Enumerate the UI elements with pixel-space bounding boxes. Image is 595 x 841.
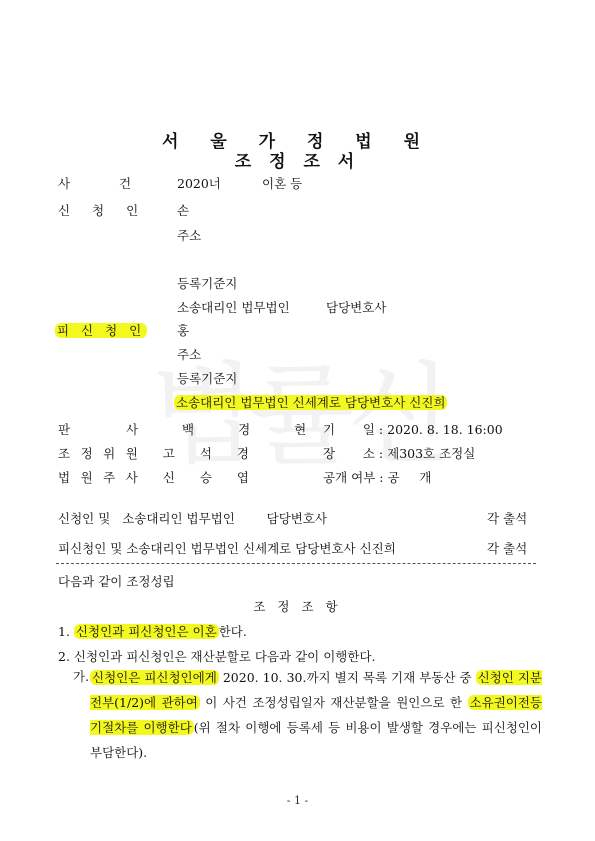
applicant-registry-label: 등록기준지 <box>177 276 237 292</box>
official-name-judge: 사 백 경 현 <box>126 422 326 438</box>
respondent-label: 피 신 청 인 <box>55 323 147 339</box>
applicant-address-label: 주소 <box>177 228 201 244</box>
respondent-address-label: 주소 <box>177 347 201 363</box>
session-place: 장 소 : 제303호 조정실 <box>323 446 475 462</box>
attendance-respondent: 피신청인 및 소송대리인 법무법인 신세계로 담당변호사 신진희 <box>58 541 396 557</box>
respondent-registry-label: 등록기준지 <box>177 371 237 387</box>
official-mediator: 조정위원 고 석 경 <box>58 446 259 462</box>
term-2a-text: 신청인은 피신청인에게 2020. 10. 30.까지 별지 목록 기재 부동산… <box>90 665 542 765</box>
watermark: 법률신 <box>150 345 480 485</box>
session-public: 공개 여부 : 공 개 <box>323 470 431 486</box>
document-page: 법률신 서 울 가 정 법 원 조 정 조 서 사 건 2020너 이혼 등 신… <box>0 0 595 841</box>
attendance-respondent-status: 각 출석 <box>487 541 527 557</box>
official-role-judge: 판 <box>58 422 70 438</box>
page-number: - 1 - <box>0 794 595 807</box>
agreement-intro: 다음과 같이 조정성립 <box>58 574 175 590</box>
case-number: 2020너 <box>177 176 221 192</box>
terms-heading: 조 정 조 항 <box>0 599 595 615</box>
case-label-2: 건 <box>119 176 131 192</box>
attendance-applicant-status: 각 출석 <box>487 511 527 527</box>
official-clerk: 법원주사 신 승 엽 <box>58 470 259 486</box>
term-1: 1. 신청인과 피신청인은 이혼한다. <box>58 624 247 640</box>
term-2a-num: 가. <box>73 669 89 685</box>
case-label: 사 <box>58 176 70 192</box>
respondent-agent: 소송대리인 법무법인 신세계로 담당변호사 신진희 <box>174 395 447 411</box>
divider <box>56 563 536 564</box>
respondent-name: 홍 <box>177 323 189 339</box>
document-title: 조 정 조 서 <box>0 147 595 172</box>
term-2: 2. 신청인과 피신청인은 재산분할로 다음과 같이 이행한다. <box>58 649 376 665</box>
applicant-label: 신 청 인 <box>58 203 147 219</box>
applicant-agent: 소송대리인 법무법인 <box>177 300 290 316</box>
session-date: 기 일 : 2020. 8. 18. 16:00 <box>323 422 503 438</box>
case-name: 이혼 등 <box>262 176 302 192</box>
applicant-lawyer: 담당변호사 <box>326 300 386 316</box>
attendance-applicant: 신청인 및 소송대리인 법무법인 담당변호사 <box>58 511 327 527</box>
applicant-name: 손 <box>177 203 189 219</box>
